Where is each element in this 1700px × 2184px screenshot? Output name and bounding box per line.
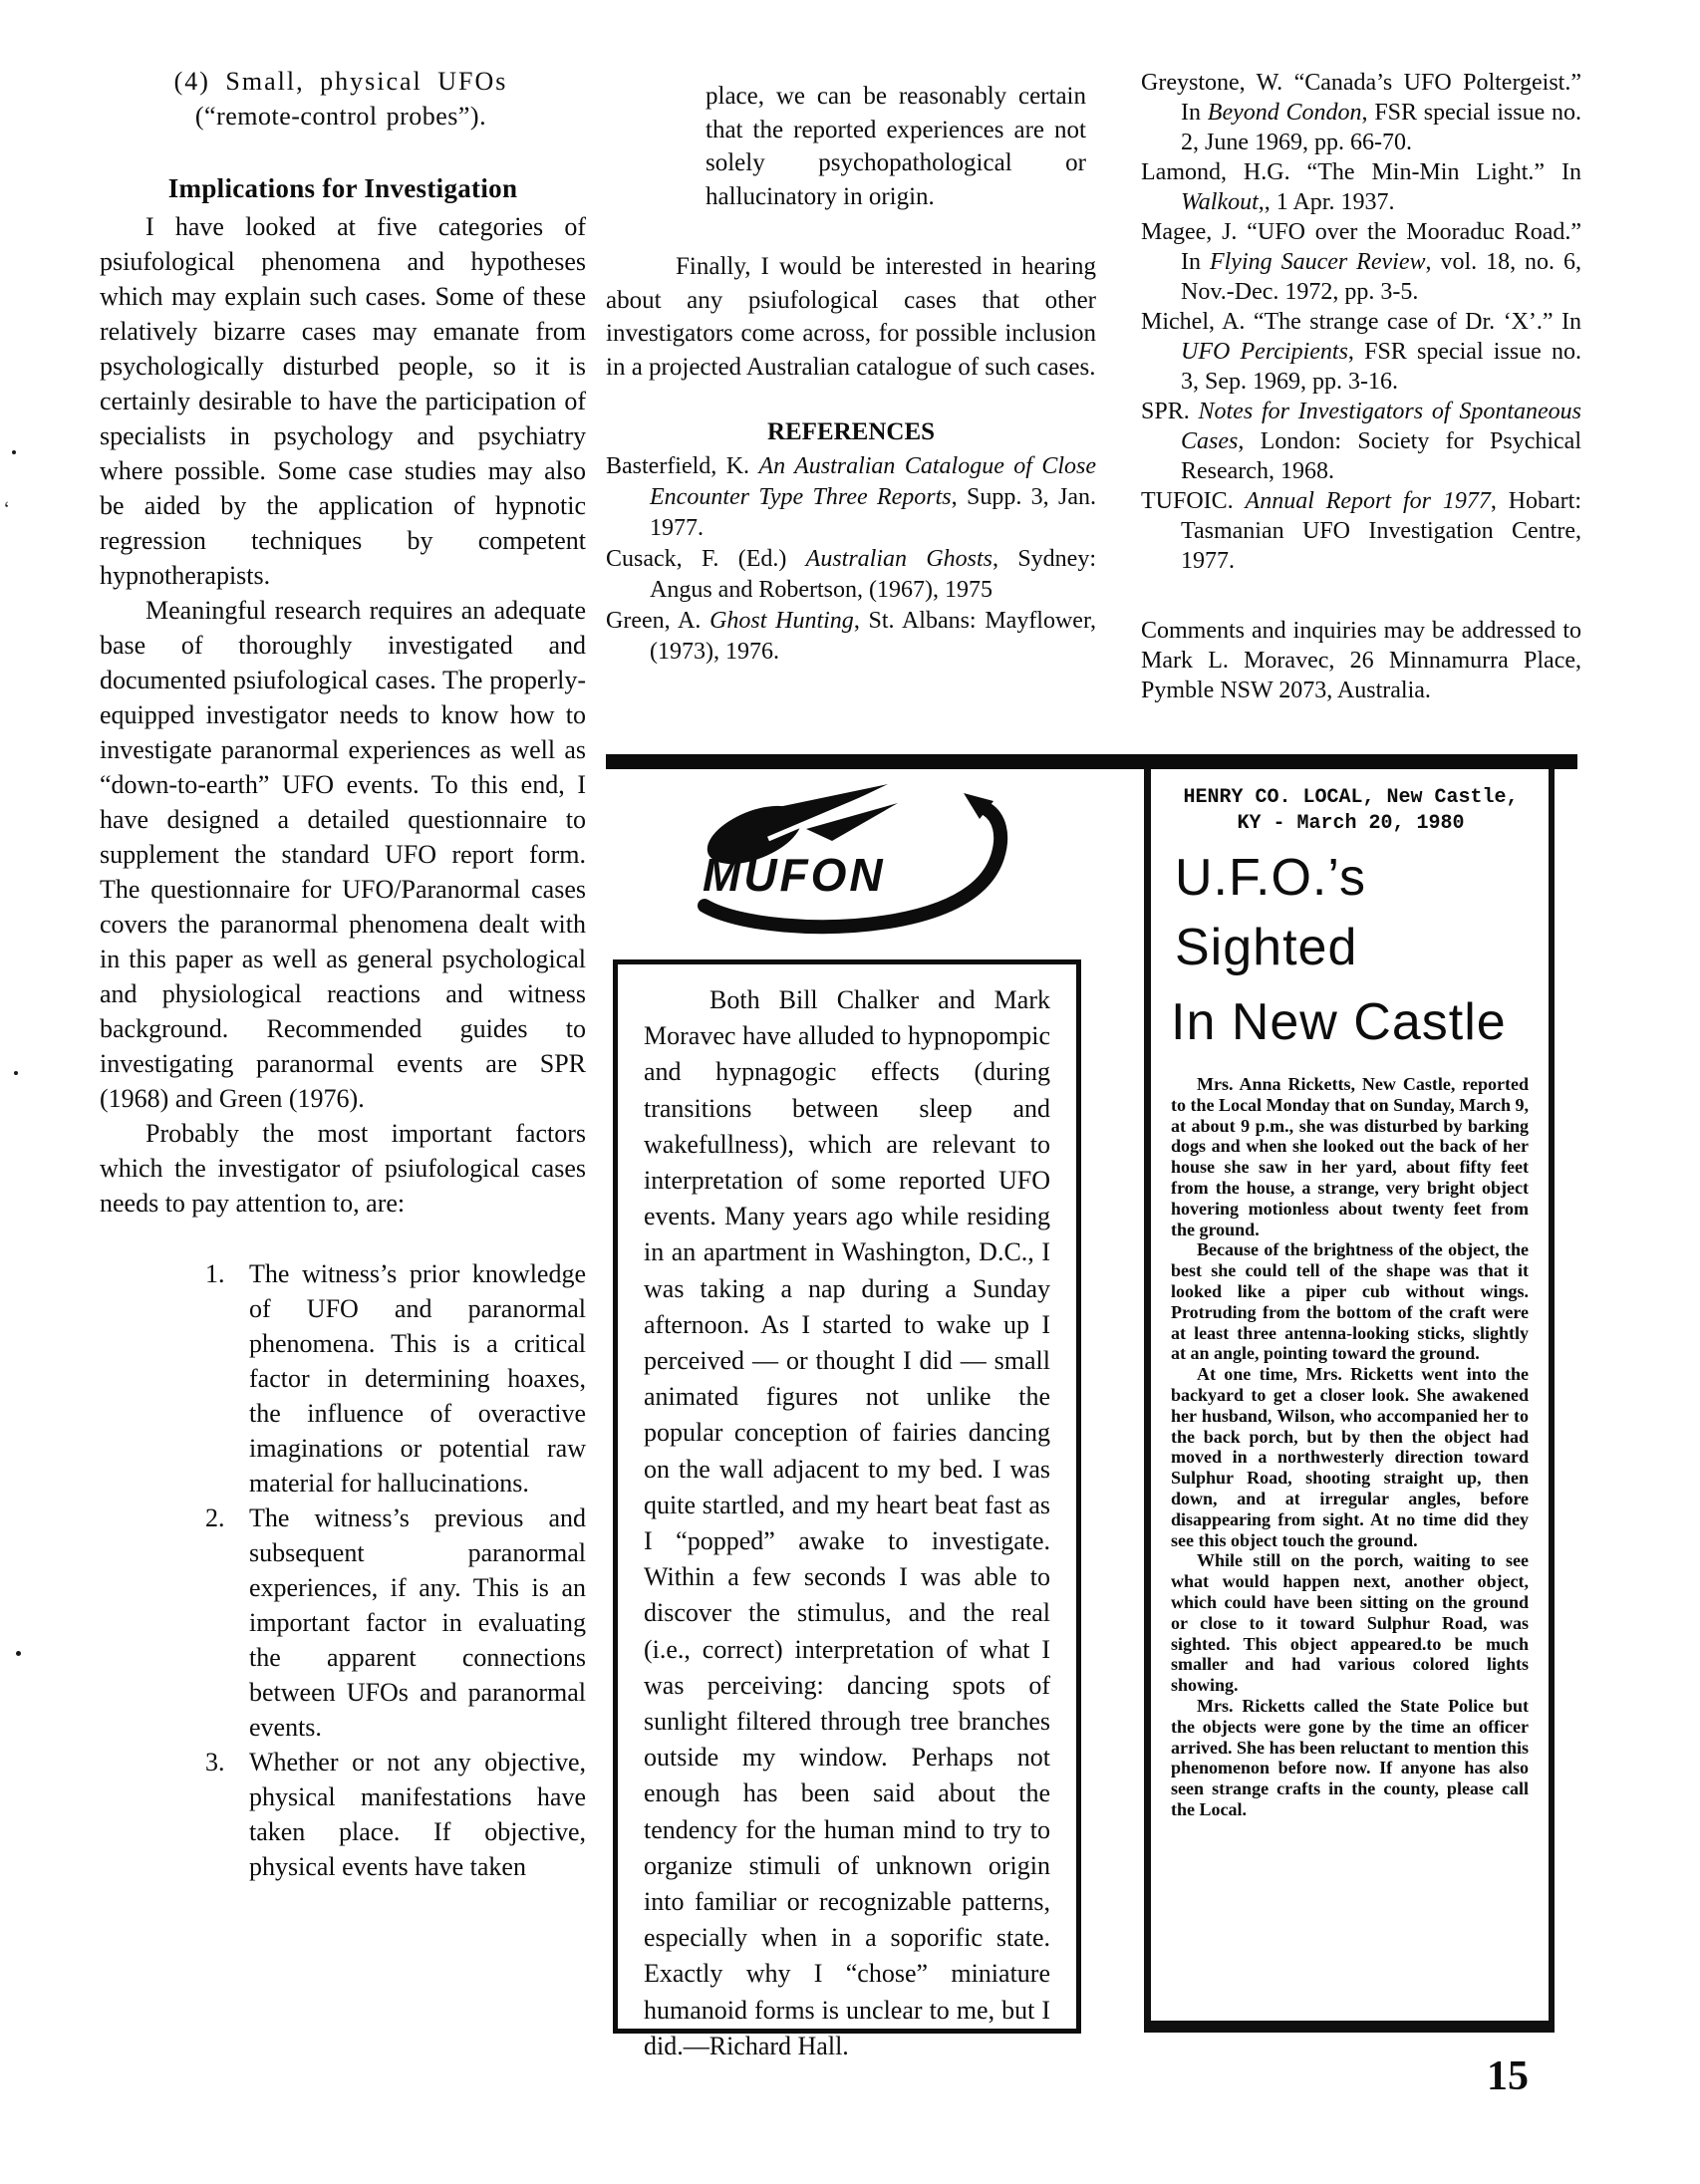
- list-item: 1. The witness’s prior knowledge of UFO …: [100, 1256, 586, 1501]
- list-item: 3. Whether or not any objective, physica…: [100, 1745, 586, 1884]
- bibliography-entry: TUFOIC. Annual Report for 1977, Hobart: …: [1141, 486, 1581, 576]
- list-item-text: Whether or not any objective, physical m…: [249, 1745, 586, 1884]
- scan-speck: [14, 1071, 18, 1075]
- reference-entry: Basterfield, K. An Australian Catalogue …: [606, 451, 1096, 544]
- anecdote-box: Both Bill Chalker and Mark Moravec have …: [613, 959, 1081, 2034]
- clipping-source-line2: KY - March 20, 1980: [1171, 811, 1531, 837]
- body-paragraph: I have looked at five categories of psiu…: [100, 209, 586, 593]
- bibliography-entry: Lamond, H.G. “The Min-Min Light.” In Wal…: [1141, 157, 1581, 217]
- clipping-body: Mrs. Anna Ricketts, New Castle, reported…: [1171, 1074, 1531, 1820]
- clipping-paragraph: Mrs. Ricketts called the State Police bu…: [1171, 1696, 1529, 1820]
- clipping-paragraph: While still on the porch, waiting to see…: [1171, 1550, 1529, 1696]
- clipping-paragraph: At one time, Mrs. Ricketts went into the…: [1171, 1364, 1529, 1550]
- list-item-text: The witness’s prior knowledge of UFO and…: [249, 1256, 586, 1501]
- page-number: 15: [1487, 2052, 1529, 2100]
- closing-paragraph: Finally, I would be interested in hearin…: [606, 250, 1096, 384]
- list-item-text: The witness’s previous and subsequent pa…: [249, 1501, 586, 1745]
- newspaper-clipping: HENRY CO. LOCAL, New Castle, KY - March …: [1144, 769, 1555, 2033]
- left-column: (4) Small, physical UFOs (“remote-contro…: [100, 64, 586, 1884]
- mufon-logo-text: MUFON: [703, 849, 886, 901]
- clipping-headline-line2: In New Castle: [1171, 982, 1531, 1062]
- list-item-continuation: place, we can be reasonably certain that…: [706, 80, 1086, 213]
- clipping-paragraph: Because of the brightness of the object,…: [1171, 1239, 1529, 1364]
- factors-numbered-list: 1. The witness’s prior knowledge of UFO …: [100, 1256, 586, 1884]
- scan-speck: [12, 450, 16, 454]
- reference-entry: Green, A. Ghost Hunting, St. Albans: May…: [606, 606, 1096, 668]
- list-item: 2. The witness’s previous and subsequent…: [100, 1501, 586, 1745]
- list-item-number: 3.: [205, 1745, 249, 1884]
- list-item-4-heading: (4) Small, physical UFOs (“remote-contro…: [138, 64, 544, 134]
- scan-artifact: ʻ: [2, 498, 12, 522]
- list-item-number: 1.: [205, 1256, 249, 1501]
- list-item-number: 2.: [205, 1501, 249, 1745]
- clipping-source-line1: HENRY CO. LOCAL, New Castle,: [1171, 785, 1531, 811]
- section-heading: Implications for Investigation: [100, 171, 586, 206]
- scan-speck: [16, 1651, 21, 1656]
- item4-line2: (“remote-control probes”).: [138, 99, 544, 134]
- body-paragraph: Probably the most important factors whic…: [100, 1116, 586, 1221]
- bibliography-entry: Magee, J. “UFO over the Mooraduc Road.” …: [1141, 217, 1581, 307]
- body-paragraph: Meaningful research requires an adequate…: [100, 593, 586, 1116]
- clipping-source: HENRY CO. LOCAL, New Castle, KY - March …: [1171, 785, 1531, 837]
- bibliography-entry: Michel, A. “The strange case of Dr. ‘X’.…: [1141, 307, 1581, 397]
- right-column: Greystone, W. “Canada’s UFO Poltergeist.…: [1141, 68, 1581, 729]
- mufon-logo: MUFON: [683, 777, 1061, 959]
- thick-divider-rule: [606, 754, 1577, 769]
- reference-entry: Cusack, F. (Ed.) Australian Ghosts, Sydn…: [606, 544, 1096, 606]
- middle-column: place, we can be reasonably certain that…: [606, 80, 1096, 668]
- references-heading: REFERENCES: [606, 415, 1096, 449]
- anecdote-text: Both Bill Chalker and Mark Moravec have …: [644, 982, 1050, 2064]
- clipping-headline-line1: U.F.O.’s Sighted: [1171, 843, 1531, 982]
- bibliography-entry: SPR. Notes for Investigators of Spontane…: [1141, 397, 1581, 486]
- contact-note: Comments and inquiries may be addressed …: [1141, 616, 1581, 705]
- clipping-paragraph: Mrs. Anna Ricketts, New Castle, reported…: [1171, 1074, 1529, 1239]
- bibliography-entry: Greystone, W. “Canada’s UFO Poltergeist.…: [1141, 68, 1581, 157]
- item4-line1: (4) Small, physical UFOs: [138, 64, 544, 99]
- magazine-page: (4) Small, physical UFOs (“remote-contro…: [0, 0, 1700, 2184]
